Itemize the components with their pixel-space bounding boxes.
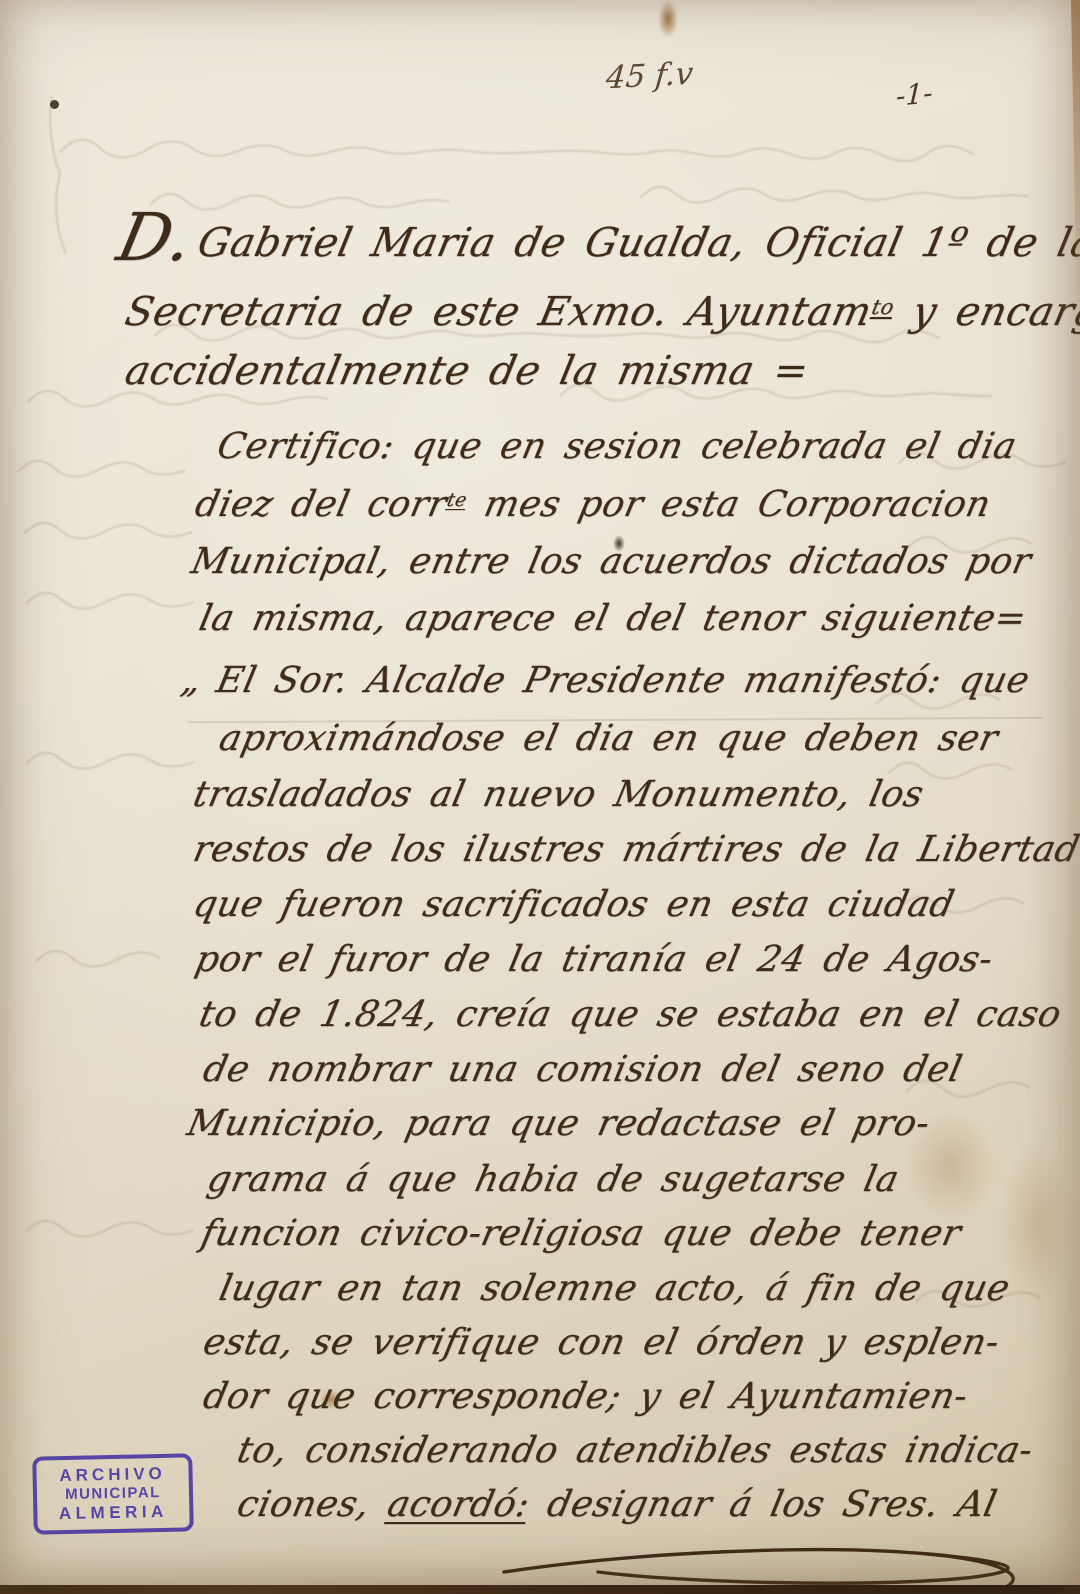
manuscript-line: por el furor de la tiranía el 24 de Agos… <box>192 939 997 980</box>
line-text: y encargado <box>888 289 1080 335</box>
paper-stain <box>1000 1140 1075 1310</box>
manuscript-line: ciones, acordó: designar á los Sres. Al <box>234 1484 1001 1525</box>
page-corner-shadow <box>0 1535 34 1587</box>
folio-annotation: 45 f.v <box>604 56 694 97</box>
manuscript-line: funcion civico-religiosa que debe tener <box>198 1213 965 1254</box>
manuscript-line: diez del corrte mes por esta Corporacion <box>192 484 995 525</box>
manuscript-line: Municipal, entre los acuerdos dictados p… <box>188 541 1035 582</box>
manuscript-line: lugar en tan solemne acto, á fin de que <box>216 1268 1014 1309</box>
manuscript-line: Municipio, para que redactase el pro- <box>184 1103 934 1144</box>
manuscript-line: Secretaria de este Exmo. Ayuntamto y enc… <box>121 289 1080 335</box>
line-text: mes por esta Corporacion <box>462 484 995 525</box>
manuscript-line: esta, se verifique con el órden y esplen… <box>200 1322 1004 1363</box>
manuscript-line: to, considerando atendibles estas indica… <box>234 1430 1037 1471</box>
manuscript-line: accidentalmente de la misma = <box>121 348 813 394</box>
manuscript-line: D.Gabriel Maria de Gualda, Oficial 1º de… <box>113 220 1080 266</box>
line-text: ciones, <box>234 1484 393 1525</box>
line-text: El Sor. Alcalde Presidente manifestó: qu… <box>213 660 1033 701</box>
manuscript-line: trasladados al nuevo Monumento, los <box>190 774 928 815</box>
manuscript-line: la misma, aparece el del tenor siguiente… <box>196 598 1031 639</box>
line-text: designar á los Sres. Al <box>525 1484 1001 1525</box>
manuscript-line: grama á que habia de sugetarse la <box>204 1159 903 1200</box>
manuscript-page: 45 f.v -1- D.Gabriel Maria de Gualda, Of… <box>0 0 1080 1594</box>
signature-flourish <box>498 1538 1058 1594</box>
manuscript-line: restos de los ilustres mártires de la Li… <box>190 829 1080 870</box>
line-text: Gabriel Maria de Gualda, Oficial 1º de l… <box>194 220 1080 266</box>
manuscript-line: dor que corresponde; y el Ayuntamien- <box>200 1376 972 1417</box>
manuscript-line: „El Sor. Alcalde Presidente manifestó: q… <box>178 660 1034 701</box>
page-edge-shadow <box>0 1585 1080 1594</box>
page-number: -1- <box>896 76 934 113</box>
manuscript-line: que fueron sacrificados en esta ciudad <box>190 884 958 925</box>
manuscript-line: de nombrar una comision del seno del <box>200 1049 966 1090</box>
manuscript-line: aproximándose el dia en que deben ser <box>216 718 1002 759</box>
archive-stamp: ARCHIVO MUNICIPAL ALMERIA <box>32 1453 194 1534</box>
page-edge-shadow <box>1065 0 1080 320</box>
paper-stain <box>658 0 678 38</box>
stamp-text: ARCHIVO <box>59 1464 166 1486</box>
line-text: Secretaria de este Exmo. Ayuntam <box>121 289 876 335</box>
stamp-text: ALMERIA <box>59 1502 168 1524</box>
underlined-word: acordó: <box>384 1484 534 1525</box>
paper-stain <box>50 100 59 109</box>
line-text: diez del corr <box>192 484 451 525</box>
opening-quote: „ <box>178 660 206 701</box>
manuscript-line: to de 1.824, creía que se estaba en el c… <box>196 994 1065 1035</box>
manuscript-line: Certifico: que en sesion celebrada el di… <box>214 426 1021 467</box>
stamp-text: MUNICIPAL <box>65 1484 161 1503</box>
